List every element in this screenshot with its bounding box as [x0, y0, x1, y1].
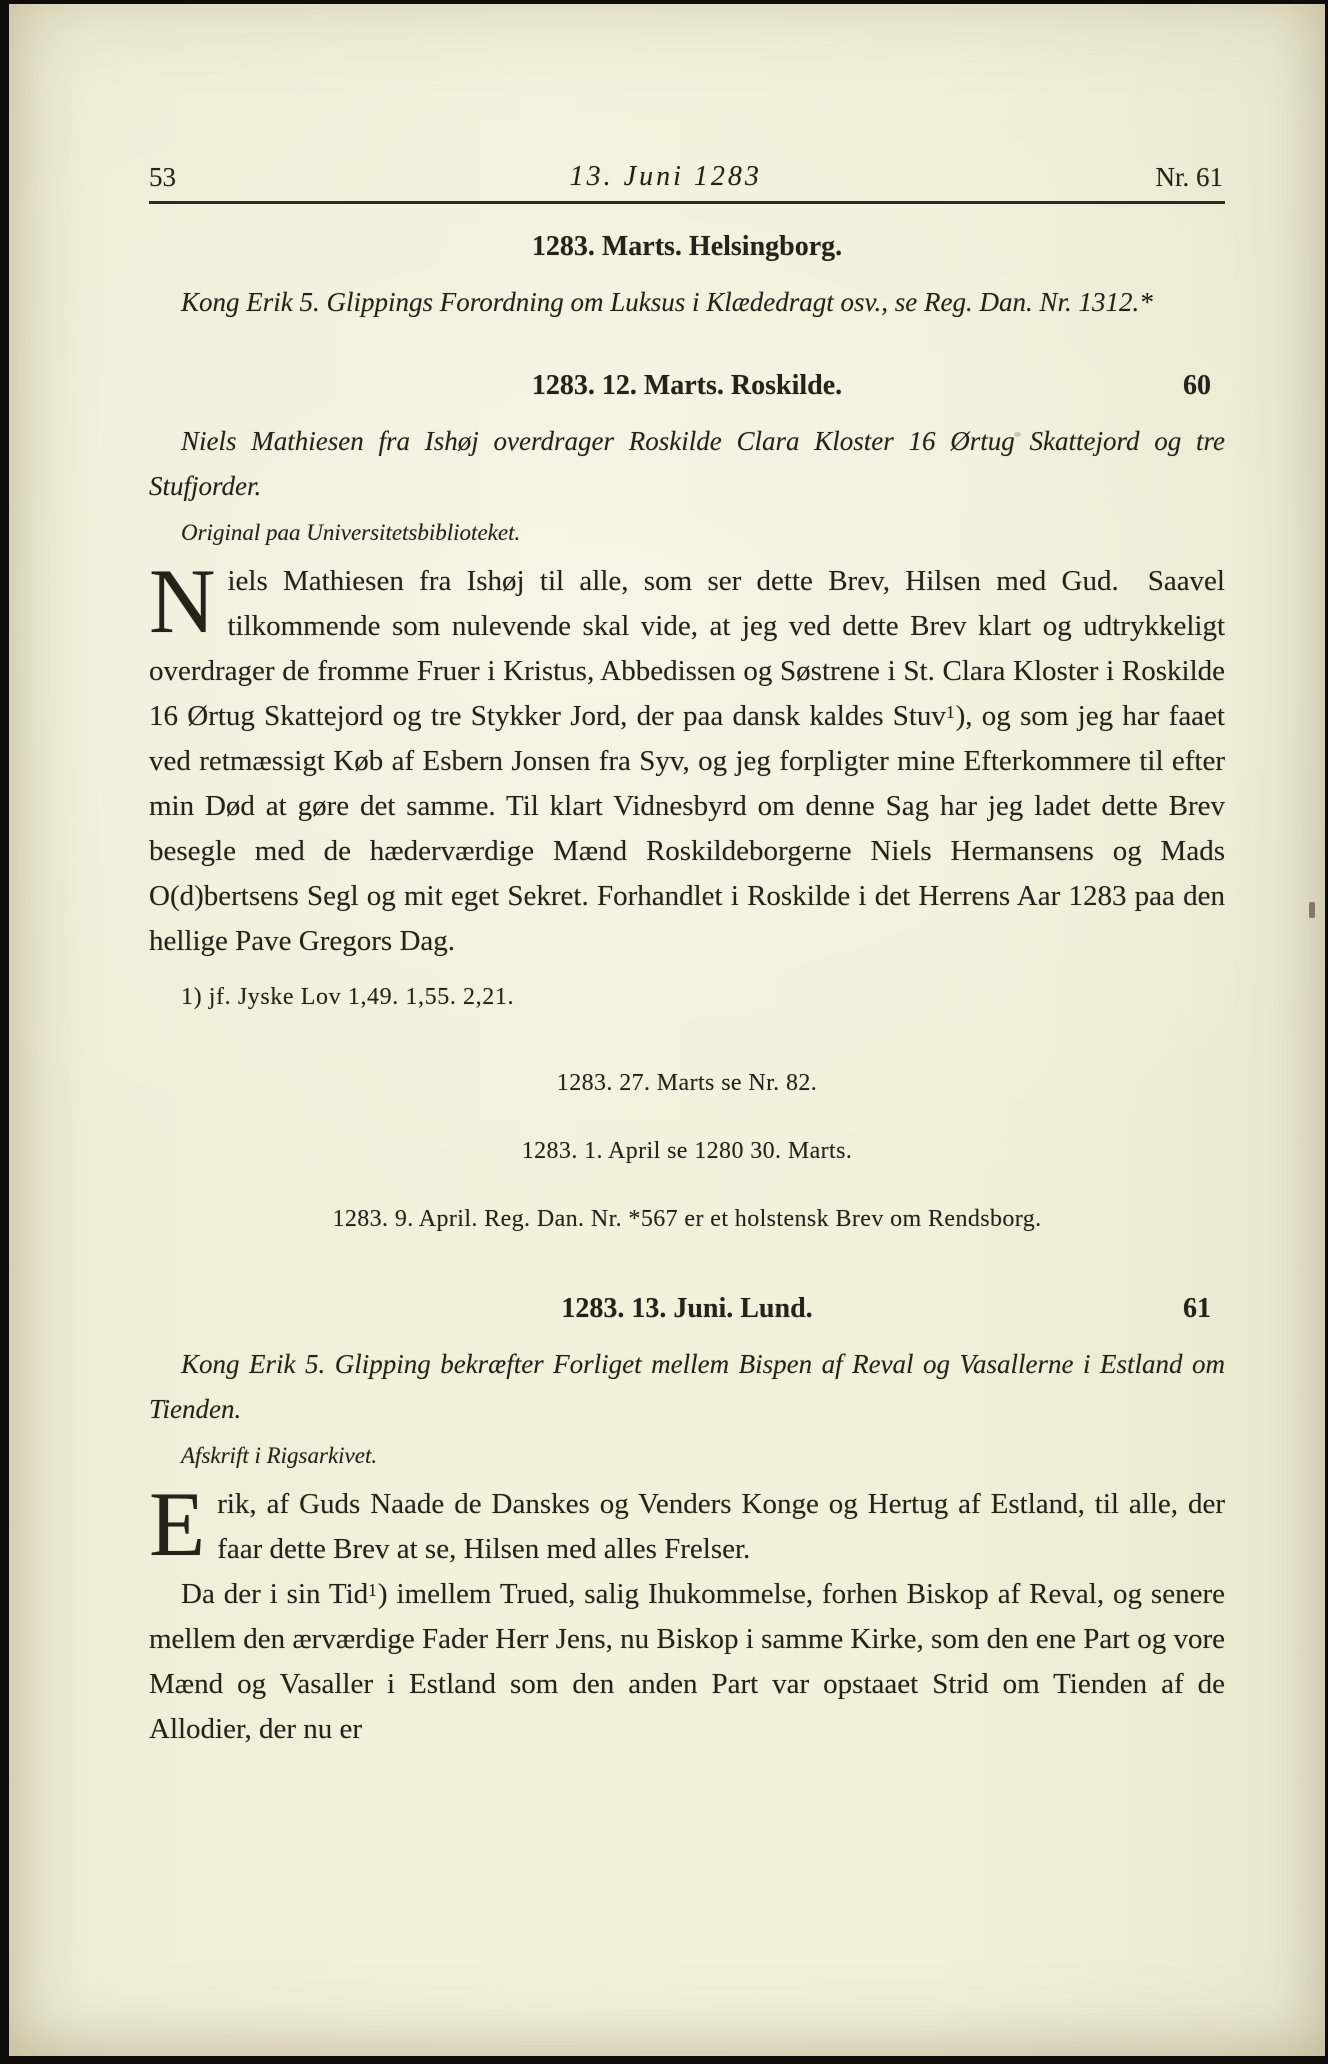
entry-heading-text: 1283. 12. Marts. Roskilde. — [532, 370, 842, 401]
entry-source-lund: Afskrift i Rigsarkivet. — [149, 1442, 1225, 1470]
cross-reference: 1283. 1. April se 1280 30. Marts. — [149, 1136, 1225, 1166]
entry-heading-helsingborg: 1283. Marts. Helsingborg. — [149, 230, 1225, 264]
entry-heading-roskilde: 1283. 12. Marts. Roskilde. 60 — [149, 369, 1225, 403]
footnote-marker: 1 — [946, 702, 956, 722]
running-title: 13. Juni 1283 — [570, 162, 762, 192]
page-number: 53 — [149, 162, 176, 192]
entry-body-lund-p1: Erik, af Guds Naade de Danskes og Vender… — [149, 1482, 1225, 1572]
body-text-segment: Da der i sin Tid — [181, 1578, 368, 1610]
entry-number: 61 — [1183, 1292, 1211, 1326]
entry-summary-helsingborg: Kong Erik 5. Glippings Forordning om Luk… — [149, 280, 1225, 325]
body-text-segment: ), og som jeg har faaet ved retmæssigt K… — [149, 700, 1225, 957]
scanned-book-page: 53 13. Juni 1283 Nr. 61 1283. Marts. Hel… — [9, 4, 1325, 2056]
entry-body-roskilde: Niels Mathiesen fra Ishøj til alle, som … — [149, 559, 1225, 964]
entry-summary-lund: Kong Erik 5. Glipping bekræfter Forliget… — [149, 1342, 1225, 1432]
page-content: 53 13. Juni 1283 Nr. 61 1283. Marts. Hel… — [149, 162, 1225, 1752]
footnote-roskilde: 1) jf. Jyske Lov 1,49. 1,55. 2,21. — [149, 982, 1225, 1012]
dropcap-initial: E — [149, 1482, 217, 1560]
scan-speck — [1309, 902, 1315, 918]
entry-heading-lund: 1283. 13. Juni. Lund. 61 — [149, 1292, 1225, 1326]
running-number-label: Nr. 61 — [1156, 162, 1224, 192]
header-rule — [149, 201, 1225, 204]
cross-reference: 1283. 9. April. Reg. Dan. Nr. *567 er et… — [149, 1204, 1225, 1234]
entry-summary-roskilde: Niels Mathiesen fra Ishøj overdrager Ros… — [149, 419, 1225, 509]
running-head: 53 13. Juni 1283 Nr. 61 — [149, 162, 1225, 201]
footnote-marker: 1 — [368, 1580, 378, 1600]
entry-heading-text: 1283. Marts. Helsingborg. — [532, 231, 842, 262]
cross-reference: 1283. 27. Marts se Nr. 82. — [149, 1068, 1225, 1098]
entry-source-roskilde: Original paa Universitetsbiblioteket. — [149, 519, 1225, 547]
entry-body-lund-p2: Da der i sin Tid1) imellem Trued, salig … — [149, 1572, 1225, 1752]
entry-number: 60 — [1183, 369, 1211, 403]
body-text-segment: rik, af Guds Naade de Danskes og Venders… — [217, 1488, 1225, 1565]
entry-heading-text: 1283. 13. Juni. Lund. — [561, 1293, 812, 1324]
dropcap-initial: N — [149, 559, 227, 637]
